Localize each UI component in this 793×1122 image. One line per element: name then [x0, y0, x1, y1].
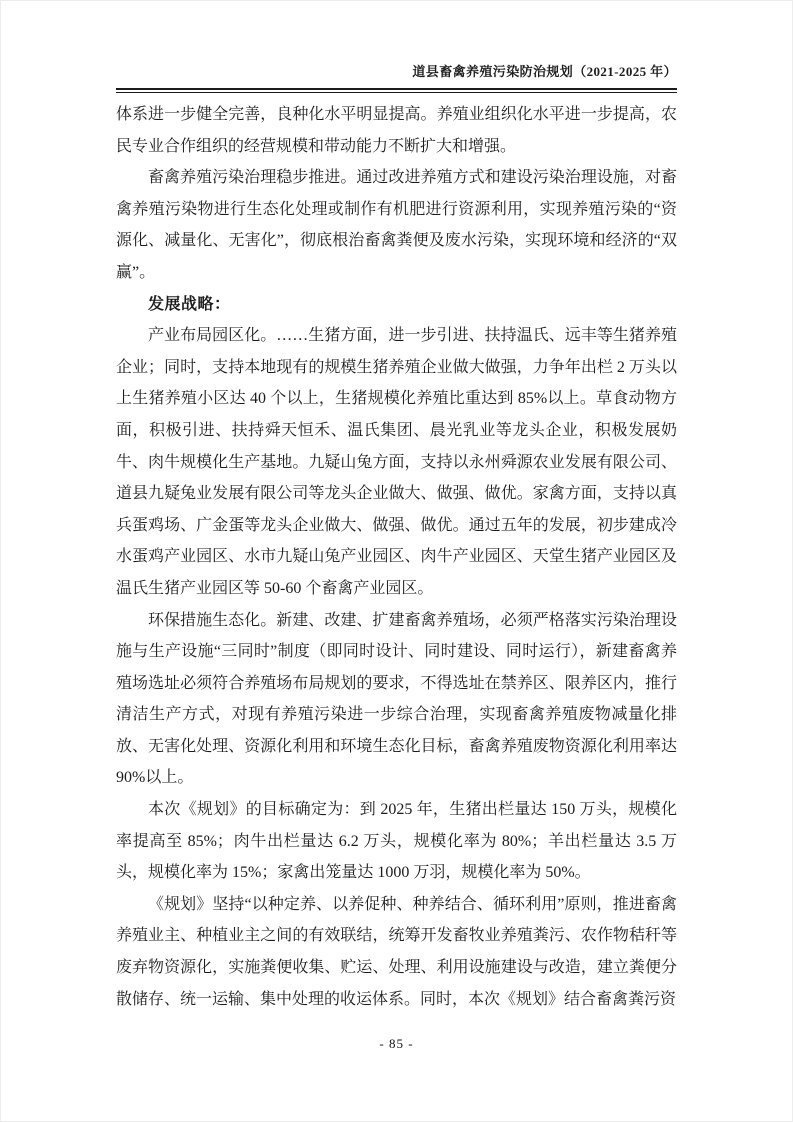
paragraph-plan-targets: 本次《规划》的目标确定为：到 2025 年，生猪出栏量达 150 万头，规模化率… — [116, 794, 677, 889]
section-heading-development-strategy: 发展战略： — [116, 289, 677, 321]
page-footer: - 85 - — [0, 1036, 793, 1052]
paragraph-pollution-control: 畜禽养殖污染治理稳步推进。通过改进养殖方式和建设污染治理设施，对畜禽养殖污染物进… — [116, 162, 677, 288]
document-page: 道县畜禽养殖污染防治规划（2021-2025 年） 体系进一步健全完善，良种化水… — [0, 0, 793, 1122]
paragraph-plan-principles: 《规划》坚持“以种定养、以养促种、种养结合、循环利用”原则，推进畜禽养殖业主、种… — [116, 889, 677, 1015]
page-header: 道县畜禽养殖污染防治规划（2021-2025 年） — [116, 0, 677, 93]
page-number: - 85 - — [379, 1036, 413, 1051]
paragraph-environmental-measures: 环保措施生态化。新建、改建、扩建畜禽养殖场，必须严格落实污染治理设施与生产设施“… — [116, 605, 677, 795]
header-rule-line — [116, 88, 677, 93]
paragraph-industry-layout: 产业布局园区化。……生猪方面，进一步引进、扶持温氏、远丰等生猪养殖企业；同时，支… — [116, 320, 677, 604]
document-body: 体系进一步健全完善，良种化水平明显提高。养殖业组织化水平进一步提高，农民专业合作… — [116, 99, 677, 1015]
paragraph-continuation: 体系进一步健全完善，良种化水平明显提高。养殖业组织化水平进一步提高，农民专业合作… — [116, 99, 677, 162]
document-header-title: 道县畜禽养殖污染防治规划（2021-2025 年） — [116, 0, 677, 81]
